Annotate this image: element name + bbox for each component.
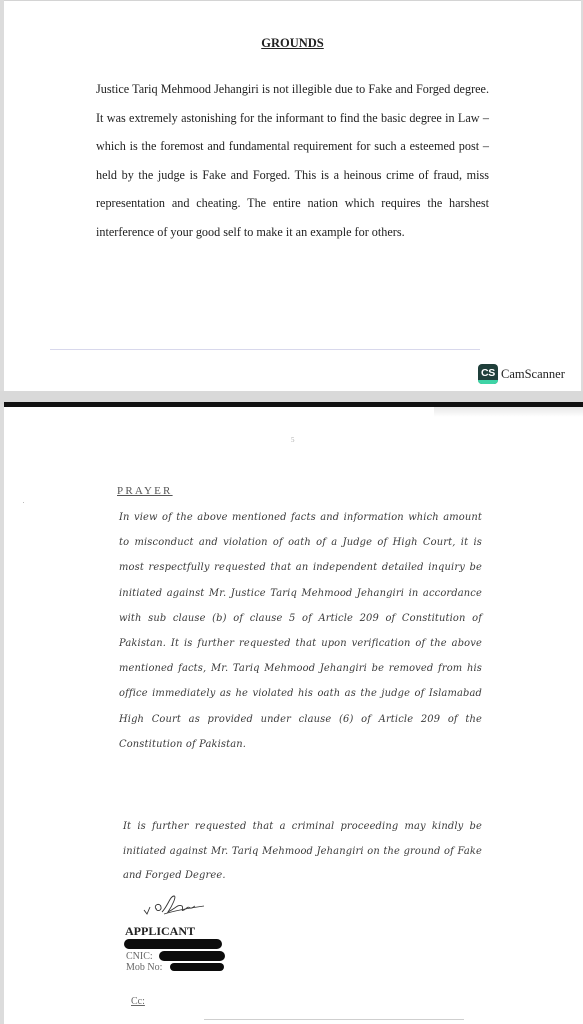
prayer-paragraph-2: It is further requested that a criminal … — [123, 815, 482, 889]
grounds-heading: GROUNDS — [4, 36, 581, 51]
mobile-label: Mob No: — [126, 962, 162, 973]
prayer-heading: PRAYER — [117, 485, 173, 497]
grounds-paragraph: Justice Tariq Mehmood Jehangiri is not i… — [96, 75, 489, 247]
scan-edge-fade — [434, 407, 583, 417]
prayer-paragraph-1: In view of the above mentioned facts and… — [119, 505, 482, 757]
cc-label: Cc: — [131, 996, 145, 1007]
camscanner-watermark: CS CamScanner — [478, 364, 565, 384]
page-number: 5 — [291, 436, 295, 444]
camscanner-label: CamScanner — [501, 367, 565, 382]
document-page-grounds: GROUNDS Justice Tariq Mehmood Jehangiri … — [4, 0, 581, 392]
redacted-name — [124, 939, 222, 949]
handwritten-signature-icon — [142, 892, 212, 920]
cut-off-text-line — [204, 1019, 464, 1020]
page-divider-line — [50, 349, 480, 350]
redacted-mobile — [170, 963, 224, 971]
scan-speck — [23, 502, 24, 503]
cnic-label: CNIC: — [126, 951, 153, 962]
redacted-cnic — [159, 951, 225, 961]
document-page-prayer: 5 PRAYER In view of the above mentioned … — [4, 402, 583, 1024]
camscanner-logo-icon: CS — [478, 364, 498, 384]
applicant-label: APPLICANT — [125, 924, 195, 939]
